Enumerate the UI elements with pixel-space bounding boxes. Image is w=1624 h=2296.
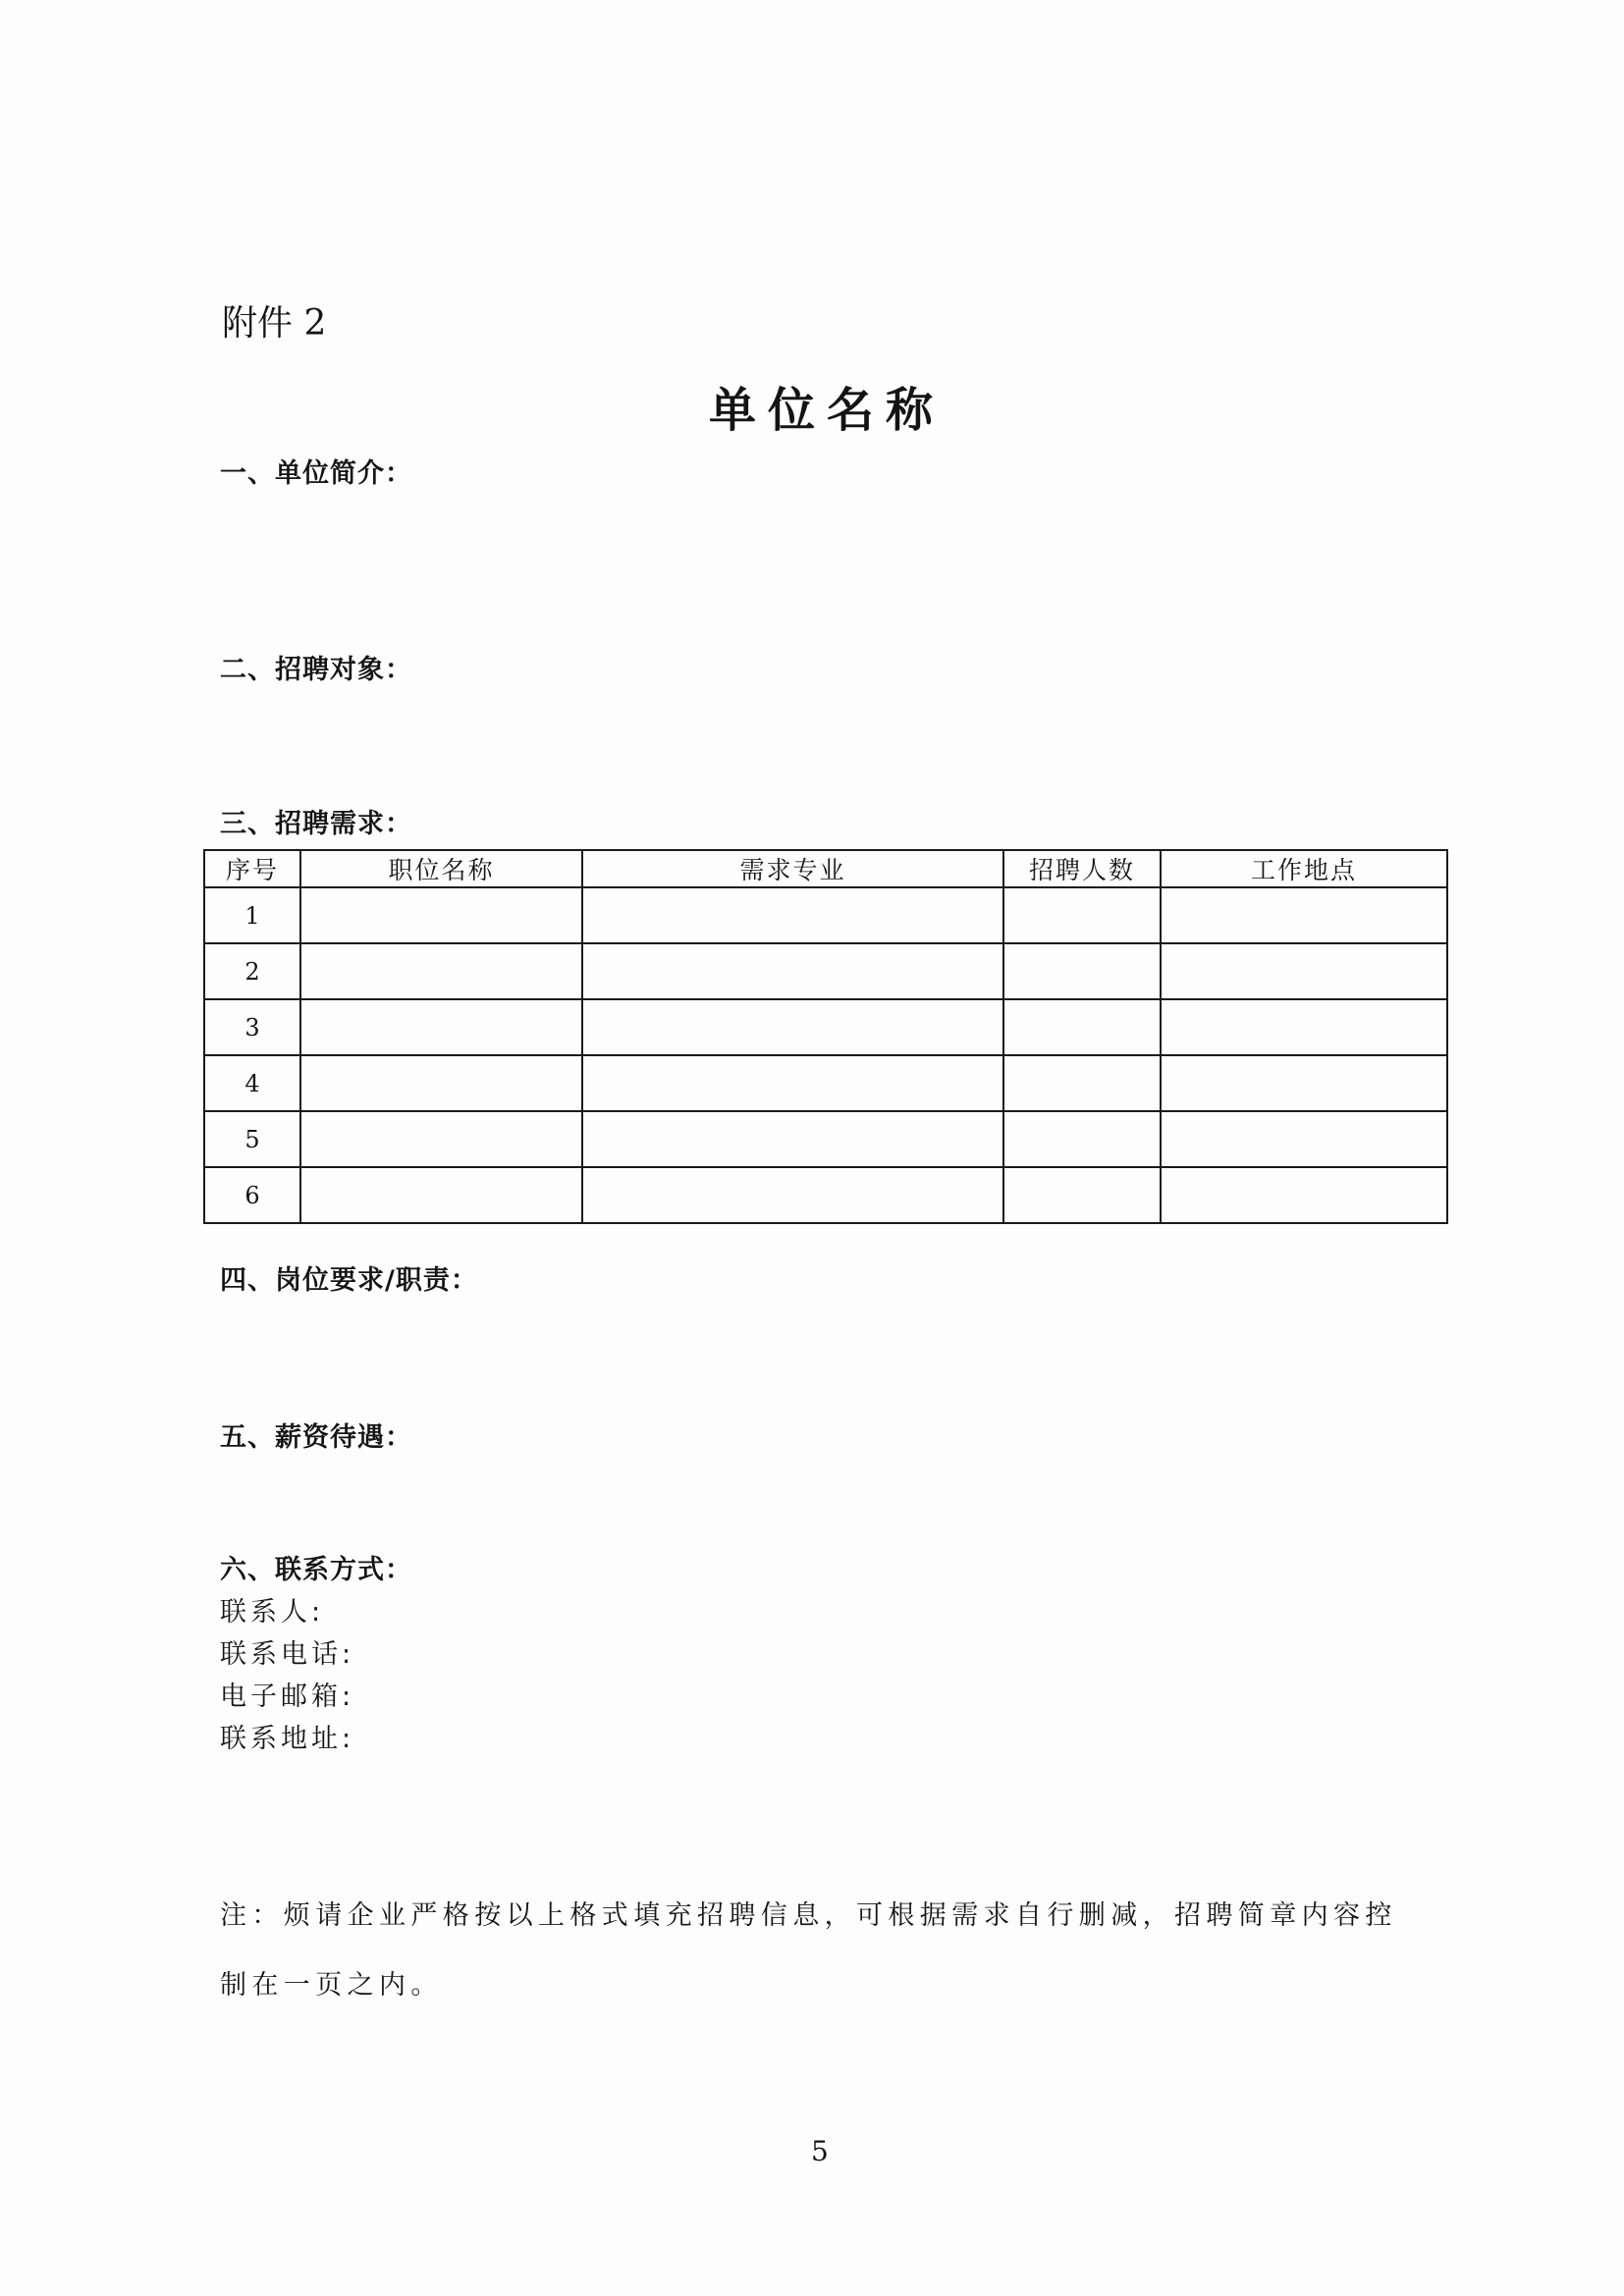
cell-position[interactable] xyxy=(300,887,582,943)
contact-address-label: 联系地址: xyxy=(220,1722,354,1757)
cell-major[interactable] xyxy=(582,943,1003,999)
note-line-1: 注：烦请企业严格按以上格式填充招聘信息，可根据需求自行删减，招聘简章内容控 xyxy=(220,1898,1397,1934)
cell-position[interactable] xyxy=(300,1167,582,1223)
cell-index: 4 xyxy=(204,1055,300,1111)
cell-index: 6 xyxy=(204,1167,300,1223)
contact-phone-label: 联系电话: xyxy=(220,1637,354,1673)
cell-location[interactable] xyxy=(1161,1111,1447,1167)
table-row: 2 xyxy=(204,943,1447,999)
cell-headcount[interactable] xyxy=(1003,943,1161,999)
cell-major[interactable] xyxy=(582,1111,1003,1167)
cell-major[interactable] xyxy=(582,999,1003,1055)
cell-index: 3 xyxy=(204,999,300,1055)
cell-position[interactable] xyxy=(300,999,582,1055)
page-number: 5 xyxy=(811,2132,829,2171)
cell-headcount[interactable] xyxy=(1003,1055,1161,1111)
cell-headcount[interactable] xyxy=(1003,1111,1161,1167)
cell-location[interactable] xyxy=(1161,1167,1447,1223)
cell-headcount[interactable] xyxy=(1003,999,1161,1055)
section-salary-heading: 五、薪资待遇： xyxy=(220,1420,412,1456)
cell-index: 1 xyxy=(204,887,300,943)
contact-email-label: 电子邮箱: xyxy=(220,1680,354,1715)
header-location: 工作地点 xyxy=(1161,850,1447,887)
recruitment-demand-table: 序号 职位名称 需求专业 招聘人数 工作地点 1 2 3 xyxy=(203,849,1448,1224)
cell-location[interactable] xyxy=(1161,887,1447,943)
cell-index: 5 xyxy=(204,1111,300,1167)
cell-major[interactable] xyxy=(582,887,1003,943)
section-intro-heading: 一、单位简介： xyxy=(220,456,412,492)
cell-headcount[interactable] xyxy=(1003,887,1161,943)
cell-position[interactable] xyxy=(300,1055,582,1111)
header-position: 职位名称 xyxy=(300,850,582,887)
table-row: 6 xyxy=(204,1167,1447,1223)
cell-headcount[interactable] xyxy=(1003,1167,1161,1223)
attachment-label: 附件 2 xyxy=(222,300,326,347)
cell-location[interactable] xyxy=(1161,943,1447,999)
cell-location[interactable] xyxy=(1161,1055,1447,1111)
section-demand-heading: 三、招聘需求： xyxy=(220,807,412,842)
header-major: 需求专业 xyxy=(582,850,1003,887)
table-row: 3 xyxy=(204,999,1447,1055)
table-row: 1 xyxy=(204,887,1447,943)
page-title: 单位名称 xyxy=(709,383,945,438)
header-headcount: 招聘人数 xyxy=(1003,850,1161,887)
section-contact-heading: 六、联系方式： xyxy=(220,1553,412,1588)
cell-location[interactable] xyxy=(1161,999,1447,1055)
cell-major[interactable] xyxy=(582,1055,1003,1111)
cell-major[interactable] xyxy=(582,1167,1003,1223)
section-target-heading: 二、招聘对象： xyxy=(220,653,412,688)
cell-position[interactable] xyxy=(300,1111,582,1167)
table-row: 5 xyxy=(204,1111,1447,1167)
header-index: 序号 xyxy=(204,850,300,887)
table-row: 4 xyxy=(204,1055,1447,1111)
note-line-2: 制在一页之内。 xyxy=(220,1968,443,2003)
contact-person-label: 联系人: xyxy=(220,1595,324,1630)
cell-index: 2 xyxy=(204,943,300,999)
cell-position[interactable] xyxy=(300,943,582,999)
table-header-row: 序号 职位名称 需求专业 招聘人数 工作地点 xyxy=(204,850,1447,887)
section-requirements-heading: 四、岗位要求/职责： xyxy=(220,1263,478,1299)
